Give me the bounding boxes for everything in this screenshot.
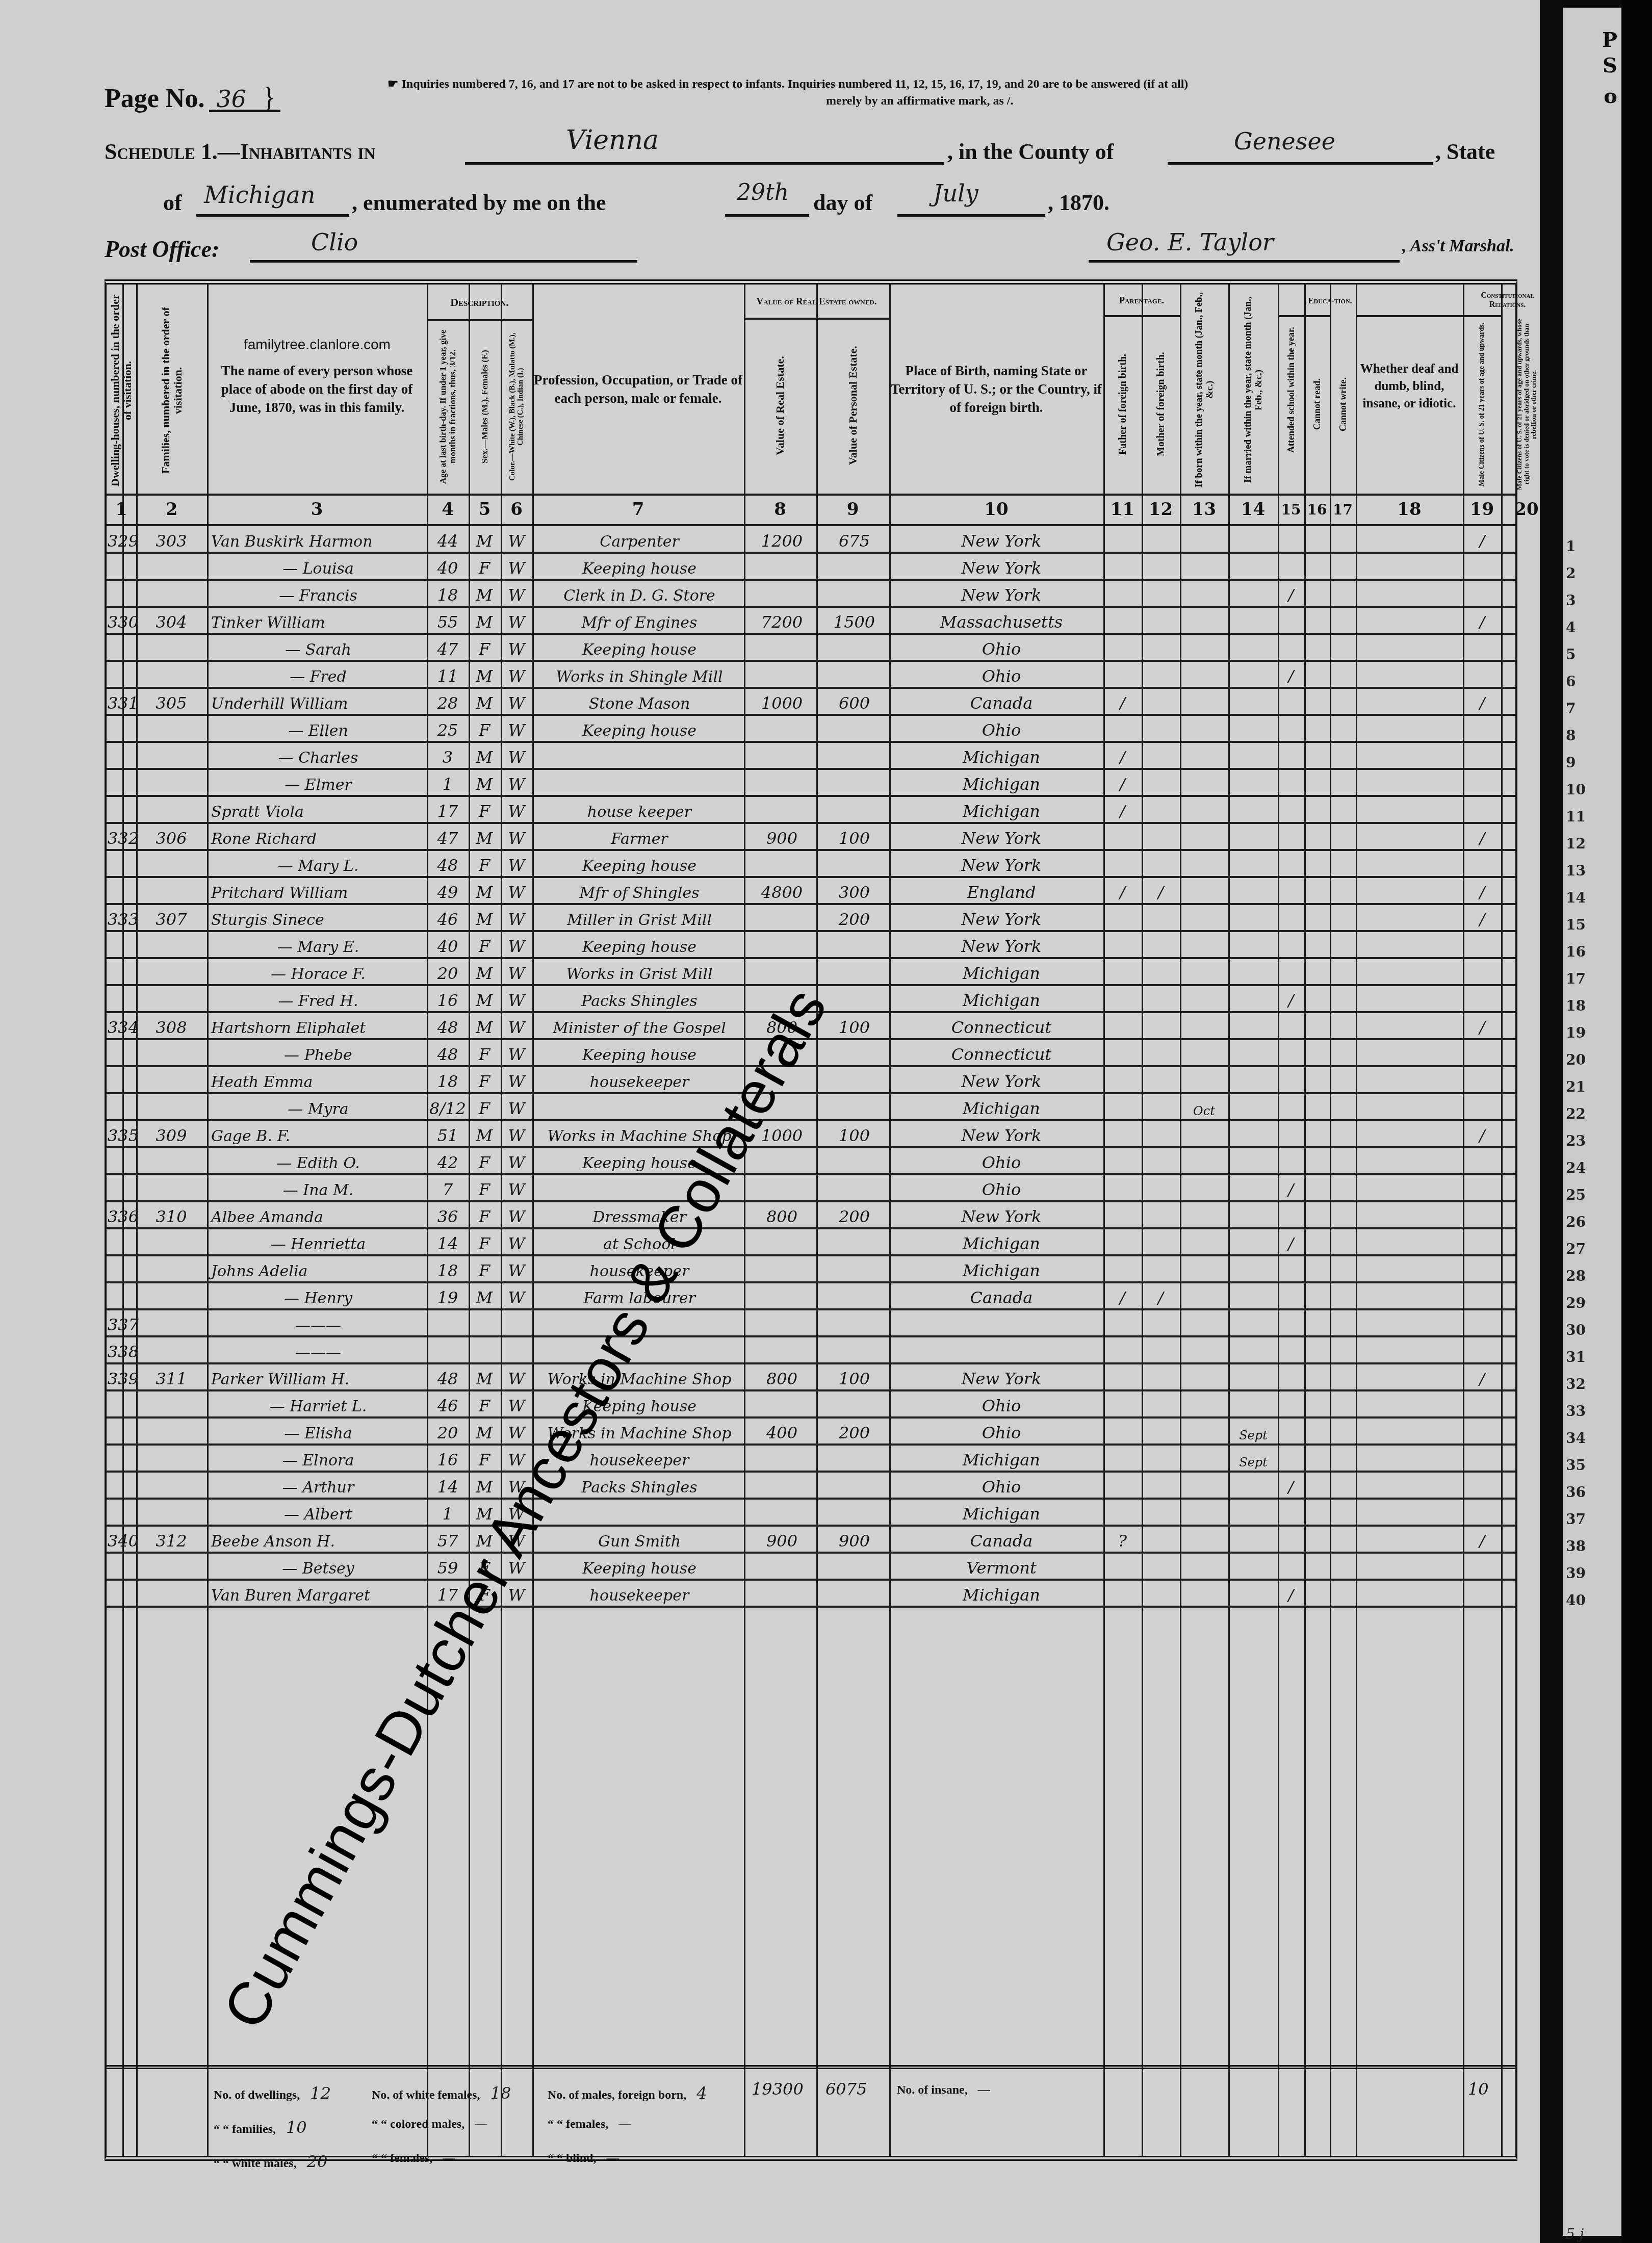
family-number: 311 [138,1369,204,1388]
marshal-underline [1089,260,1400,263]
colnum: 10 [889,497,1103,522]
person-name: Underhill William [211,695,425,713]
adjacent-line-number: 30 [1563,1322,1621,1338]
colnum: 14 [1228,497,1278,522]
color: W [502,531,531,551]
dwelling-number: 335 [108,1126,136,1145]
adjacent-line-number: 15 [1563,916,1621,933]
birthplace: Canada [902,1288,1101,1307]
birthplace: New York [902,1072,1101,1091]
header-male-citizens: Male Citizens of U. S. of 21 years of ag… [1463,318,1501,491]
birthplace: New York [902,558,1101,578]
dwelling-number: 340 [108,1531,136,1551]
sex: F [470,1045,499,1064]
table-row: Heath Emma18FWhousekeeperNew York21 [107,1067,1515,1094]
age: 47 [429,829,467,848]
adjacent-line-number: 33 [1563,1403,1621,1420]
birthplace: Connecticut [902,1045,1101,1064]
occupation: Works in Shingle Mill [537,668,741,686]
occupation: Keeping house [537,560,741,578]
dwelling-number: 330 [108,612,136,632]
adjacent-line-number: 36 [1563,1484,1621,1501]
person-name: — Phebe [211,1046,425,1064]
birthplace: Ohio [902,1396,1101,1415]
sex: M [470,910,499,929]
person-name: ——— [211,1317,425,1334]
header-personal-estate: Value of Personal Estate. [816,320,889,491]
color: W [502,585,531,605]
table-row: Van Buren Margaret17FWhousekeeperMichiga… [107,1581,1515,1608]
birthplace: Ohio [902,1153,1101,1172]
sex: F [470,1072,499,1091]
color: W [502,829,531,848]
age: 48 [429,1018,467,1037]
person-name: — Harriet L. [211,1398,425,1415]
person-name: Sturgis Sinece [211,911,425,929]
age: 18 [429,1072,467,1091]
age: 51 [429,1126,467,1145]
person-name: Gage B. F. [211,1127,425,1145]
sex: F [470,1207,499,1226]
page-number: 36 [216,85,246,113]
occupation: Keeping house [537,1560,741,1578]
adjacent-line-number: 26 [1563,1214,1621,1230]
occupation: Carpenter [537,533,741,551]
person-name: — Mary L. [211,857,425,875]
birthplace: Massachusetts [902,612,1101,632]
summary-families: “ “ families, 10 [214,2118,314,2137]
age: 17 [429,802,467,821]
colnum: 7 [532,497,744,522]
school-mark: / [1279,1180,1303,1199]
adjacent-line-number: 11 [1563,808,1621,825]
birthplace: New York [902,1207,1101,1226]
total-real-estate: 19300 [752,2079,804,2099]
table-row: — Elisha20MWWorks in Machine Shop400200O… [107,1419,1515,1446]
sex: F [470,1234,499,1253]
summary-insane: No. of insane, — [897,2083,997,2097]
sex: F [470,937,499,956]
person-name: — Fred [211,668,425,686]
person-name: Van Buren Margaret [211,1587,425,1605]
adjacent-line-number: 7 [1563,700,1621,717]
birthplace: Ohio [902,720,1101,740]
birthplace: Michigan [902,1504,1101,1524]
table-row: 335309Gage B. F.51MWWorks in Machine Sho… [107,1121,1515,1148]
month-field: July [933,179,978,207]
table-row: — Mary L.48FWKeeping houseNew York13 [107,851,1515,878]
table-row: — Horace F.20MWWorks in Grist MillMichig… [107,959,1515,986]
post-office-underline [250,260,637,263]
colnum: 8 [744,497,816,522]
adjacent-line-number: 16 [1563,943,1621,960]
header-education-group: Educa-tion. [1304,287,1356,314]
marshal-name: Geo. E. Taylor [1106,228,1274,256]
sex: M [470,747,499,767]
table-row: — Sarah47FWKeeping houseOhio5 [107,635,1515,662]
summary-colored-males: “ “ colored males, — [372,2118,494,2131]
header-infirmity: Whether deaf and dumb, blind, insane, or… [1356,330,1463,443]
birthplace: New York [902,856,1101,875]
personal-estate-value: 675 [822,531,886,551]
person-name: — Elisha [211,1425,425,1442]
sex: M [470,775,499,794]
person-name: Albee Amanda [211,1208,425,1226]
total-citizens: 10 [1468,2079,1489,2099]
birthplace: New York [902,937,1101,956]
adjacent-line-number: 23 [1563,1132,1621,1149]
person-name: Spratt Viola [211,803,425,821]
age: 55 [429,612,467,632]
adjacent-line-number: 20 [1563,1051,1621,1068]
person-name: — Fred H. [211,992,425,1010]
birthplace: Michigan [902,1261,1101,1280]
person-name: Van Buskirk Harmon [211,533,425,551]
colnum: 4 [427,497,469,522]
table-row: 337———30 [107,1310,1515,1337]
birthplace: Michigan [902,747,1101,767]
dwelling-number: 333 [108,910,136,929]
citizen-mark: / [1465,1531,1500,1551]
colnum: 17 [1330,497,1356,522]
adjacent-line-number: 39 [1563,1565,1621,1582]
table-row: — Charles3MWMichigan/9 [107,743,1515,770]
sex: F [470,720,499,740]
sex: M [470,964,499,983]
person-name: — Mary E. [211,938,425,956]
family-number: 309 [138,1126,204,1145]
header-married-month: If married within the year, state month … [1228,289,1278,491]
sex: F [470,639,499,659]
sex: M [470,1423,499,1442]
age: 48 [429,1045,467,1064]
age: 46 [429,1396,467,1415]
summary-blind: “ “ blind, — [548,2152,626,2165]
summary-foreign-males: No. of males, foreign born, 4 [548,2083,714,2103]
color: W [502,1153,531,1172]
person-name: — Edith O. [211,1154,425,1172]
table-row: — Fred11MWWorks in Shingle MillOhio/6 [107,662,1515,689]
school-mark: / [1279,585,1303,605]
father-foreign-mark: ? [1106,1531,1139,1551]
occupation: housekeeper [537,1587,741,1605]
adjacent-line-number: 2 [1563,565,1621,582]
colnum: 1 [107,497,136,522]
sex: M [470,531,499,551]
person-name: — Arthur [211,1479,425,1497]
real-estate-value: 900 [750,1531,814,1551]
color: W [502,937,531,956]
sex: F [470,1099,499,1118]
color: W [502,1072,531,1091]
personal-estate-value: 900 [822,1531,886,1551]
age: 18 [429,1261,467,1280]
color: W [502,1099,531,1118]
summary-white-males: “ “ white males, 20 [214,2152,334,2171]
table-row: Pritchard William49MWMfr of Shingles4800… [107,878,1515,905]
dwelling-number: 331 [108,693,136,713]
color: W [502,802,531,821]
adjacent-line-number: 18 [1563,997,1621,1014]
page-binding [1540,0,1563,2243]
person-name: Tinker William [211,614,425,632]
colnum: 6 [501,497,532,522]
occupation: Stone Mason [537,695,741,713]
birthplace: Ohio [902,639,1101,659]
table-row: Spratt Viola17FWhouse keeperMichigan/11 [107,797,1515,824]
adjacent-line-number: 10 [1563,781,1621,798]
father-foreign-mark: / [1106,1288,1139,1307]
header-real-estate: Value of Real Estate. [744,320,816,491]
family-number: 306 [138,829,204,848]
colnum: 11 [1103,497,1142,522]
table-row: — Henry19MWFarm labourerCanada//29 [107,1283,1515,1310]
personal-estate-value: 200 [822,1207,886,1226]
family-number: 303 [138,531,204,551]
color: W [502,1126,531,1145]
birthplace: Ohio [902,1477,1101,1497]
sex: M [470,883,499,902]
family-number: 312 [138,1531,204,1551]
header-family: Families, numbered in the order of visit… [136,290,207,491]
personal-estate-value: 100 [822,1126,886,1145]
married-month: Sept [1231,1455,1276,1469]
color: W [502,775,531,794]
occupation: Mfr of Engines [537,614,741,632]
adjacent-line-number: 4 [1563,619,1621,636]
color: W [502,1018,531,1037]
age: 42 [429,1153,467,1172]
birthplace: Ohio [902,1423,1101,1442]
day-of-label: day of [813,190,872,216]
color: W [502,639,531,659]
summary-dwellings: No. of dwellings, 12 [214,2083,338,2103]
personal-estate-value: 600 [822,693,886,713]
occupation: Farmer [537,830,741,848]
family-number: 308 [138,1018,204,1037]
color: W [502,1234,531,1253]
color: W [502,666,531,686]
summary-foreign-females: “ “ females, — [548,2118,638,2131]
sex: M [470,693,499,713]
color: W [502,910,531,929]
mother-foreign-mark: / [1144,883,1177,902]
person-name: — Henrietta [211,1235,425,1253]
sex: M [470,1288,499,1307]
colnum: 3 [207,497,427,522]
color: W [502,883,531,902]
colnum: 18 [1356,497,1463,522]
age: 19 [429,1288,467,1307]
occupation: Keeping house [537,857,741,875]
colnum: 12 [1142,497,1180,522]
citizen-mark: / [1465,883,1500,902]
color: W [502,1180,531,1199]
table-row: — Harriet L.46FWKeeping houseOhio33 [107,1391,1515,1419]
age: 20 [429,964,467,983]
table-row: 340312Beebe Anson H.57MWGun Smith900900C… [107,1527,1515,1554]
birthplace: New York [902,910,1101,929]
person-name: — Henry [211,1290,425,1307]
dwelling-number: 336 [108,1207,136,1226]
age: 7 [429,1180,467,1199]
adjacent-line-number: 28 [1563,1268,1621,1284]
birthplace: Michigan [902,1450,1101,1469]
age: 25 [429,720,467,740]
sex: M [470,612,499,632]
person-name: — Francis [211,587,425,605]
age: 44 [429,531,467,551]
enumerated-label: , enumerated by me on the [352,190,606,216]
sex: F [470,1153,499,1172]
person-name: ——— [211,1344,425,1361]
header-cannot-write: Cannot write. [1330,318,1356,491]
adjacent-line-number: 38 [1563,1538,1621,1555]
color: W [502,964,531,983]
summary-colored-females: “ “ females, — [372,2152,462,2165]
color: W [502,856,531,875]
adjacent-line-number: 40 [1563,1592,1621,1609]
age: 20 [429,1423,467,1442]
color: W [502,1207,531,1226]
person-name: — Albert [211,1506,425,1524]
header-color: Color.—White (W.), Black (B.), Mulatto (… [501,321,532,492]
sex: M [470,1018,499,1037]
header-born-month: If born within the year, state month (Ja… [1180,289,1228,491]
person-name: — Charles [211,749,425,767]
occupation: Mfr of Shingles [537,884,741,902]
table-row: 338———31 [107,1337,1515,1364]
adjacent-line-number: 24 [1563,1159,1621,1176]
age: 16 [429,991,467,1010]
father-foreign-mark: / [1106,775,1139,794]
sex: F [470,558,499,578]
colnum: 19 [1463,497,1501,522]
birthplace: New York [902,531,1101,551]
sex: F [470,1261,499,1280]
day-field: 29th [737,179,789,205]
birthplace: Michigan [902,802,1101,821]
age: 57 [429,1531,467,1551]
sex: F [470,1450,499,1469]
person-name: — Elmer [211,776,425,794]
adjacent-line-number: 27 [1563,1241,1621,1257]
table-row: 333307Sturgis Sinece46MWMiller in Grist … [107,905,1515,932]
occupation: Keeping house [537,641,741,659]
adjacent-line-number: 9 [1563,754,1621,771]
person-name: Johns Adelia [211,1262,425,1280]
table-row: 336310Albee Amanda36FWDressmaker800200Ne… [107,1202,1515,1229]
adjacent-line-number: 1 [1563,538,1621,555]
person-name: — Ellen [211,722,425,740]
school-mark: / [1279,1477,1303,1497]
post-office-field: Clio [311,228,358,256]
person-name: — Louisa [211,560,425,578]
citizen-mark: / [1465,1018,1500,1037]
table-row: — Betsey59FWKeeping houseVermont39 [107,1554,1515,1581]
occupation: Clerk in D. G. Store [537,587,741,605]
age: 48 [429,1369,467,1388]
table-row: 330304Tinker William55MWMfr of Engines72… [107,608,1515,635]
age: 40 [429,937,467,956]
age: 18 [429,585,467,605]
table-row: — Elmer1MWMichigan/10 [107,770,1515,797]
father-foreign-mark: / [1106,883,1139,902]
schedule-label: Schedule 1.—Inhabitants in [105,139,375,165]
birthplace: Canada [902,1531,1101,1551]
school-mark: / [1279,991,1303,1010]
post-office-label: Post Office: [105,236,219,263]
birthplace: Ohio [902,666,1101,686]
header-birthplace: Place of Birth, naming State or Territor… [889,325,1103,453]
birthplace: Michigan [902,775,1101,794]
sex: M [470,585,499,605]
age: 1 [429,1504,467,1524]
citizen-mark: / [1465,612,1500,632]
father-foreign-mark: / [1106,747,1139,767]
person-name: — Betsey [211,1560,425,1578]
of-label: of [163,190,182,216]
person-name: — Elnora [211,1452,425,1469]
site-watermark: familytree.clanlore.com [244,337,391,353]
person-name: Rone Richard [211,830,425,848]
color: W [502,720,531,740]
instructions-note: ☛ Inquiries numbered 7, 16, and 17 are n… [388,76,1188,91]
birthplace: Michigan [902,1099,1101,1118]
county-field: Genesee [1234,127,1335,155]
personal-estate-value: 200 [822,910,886,929]
township-field: Vienna [566,125,659,156]
adjacent-line-number: 13 [1563,862,1621,879]
table-row: — Louisa40FWKeeping houseNew York2 [107,554,1515,581]
occupation: house keeper [537,803,741,821]
sex: M [470,829,499,848]
header-sex: Sex.—Males (M.), Females (F.) [469,321,501,492]
adjacent-line-number: 21 [1563,1078,1621,1095]
school-mark: / [1279,1585,1303,1605]
citizen-mark: / [1465,910,1500,929]
personal-estate-value: 300 [822,883,886,902]
sex: M [470,1126,499,1145]
occupation: Keeping house [537,722,741,740]
header-description-group: Description. [427,287,532,318]
father-foreign-mark: / [1106,802,1139,821]
adjacent-line-number: 8 [1563,727,1621,744]
dwelling-number: 334 [108,1018,136,1037]
header-value-group: Value of Real Estate owned. [744,287,889,317]
adjacent-line-number: 37 [1563,1511,1621,1528]
header-father-foreign: Father of foreign birth. [1103,318,1142,491]
person-name: — Ina M. [211,1181,425,1199]
color: W [502,747,531,767]
table-row: — Ellen25FWKeeping houseOhio8 [107,716,1515,743]
colnum: 16 [1304,497,1330,522]
table-row: — Arthur14MWPacks ShinglesOhio/36 [107,1473,1515,1500]
table-row: — Henrietta14FWat SchoolMichigan/27 [107,1229,1515,1256]
family-number: 305 [138,693,204,713]
occupation: Keeping house [537,938,741,956]
occupation: housekeeper [537,1073,741,1091]
occupation: Works in Grist Mill [537,965,741,983]
color: W [502,1288,531,1307]
citizen-mark: / [1465,1369,1500,1388]
age: 11 [429,666,467,686]
table-row: — Myra8/12FWMichiganOct22 [107,1094,1515,1121]
birthplace: Connecticut [902,1018,1101,1037]
color: W [502,693,531,713]
occupation: Gun Smith [537,1533,741,1551]
sex: F [470,802,499,821]
